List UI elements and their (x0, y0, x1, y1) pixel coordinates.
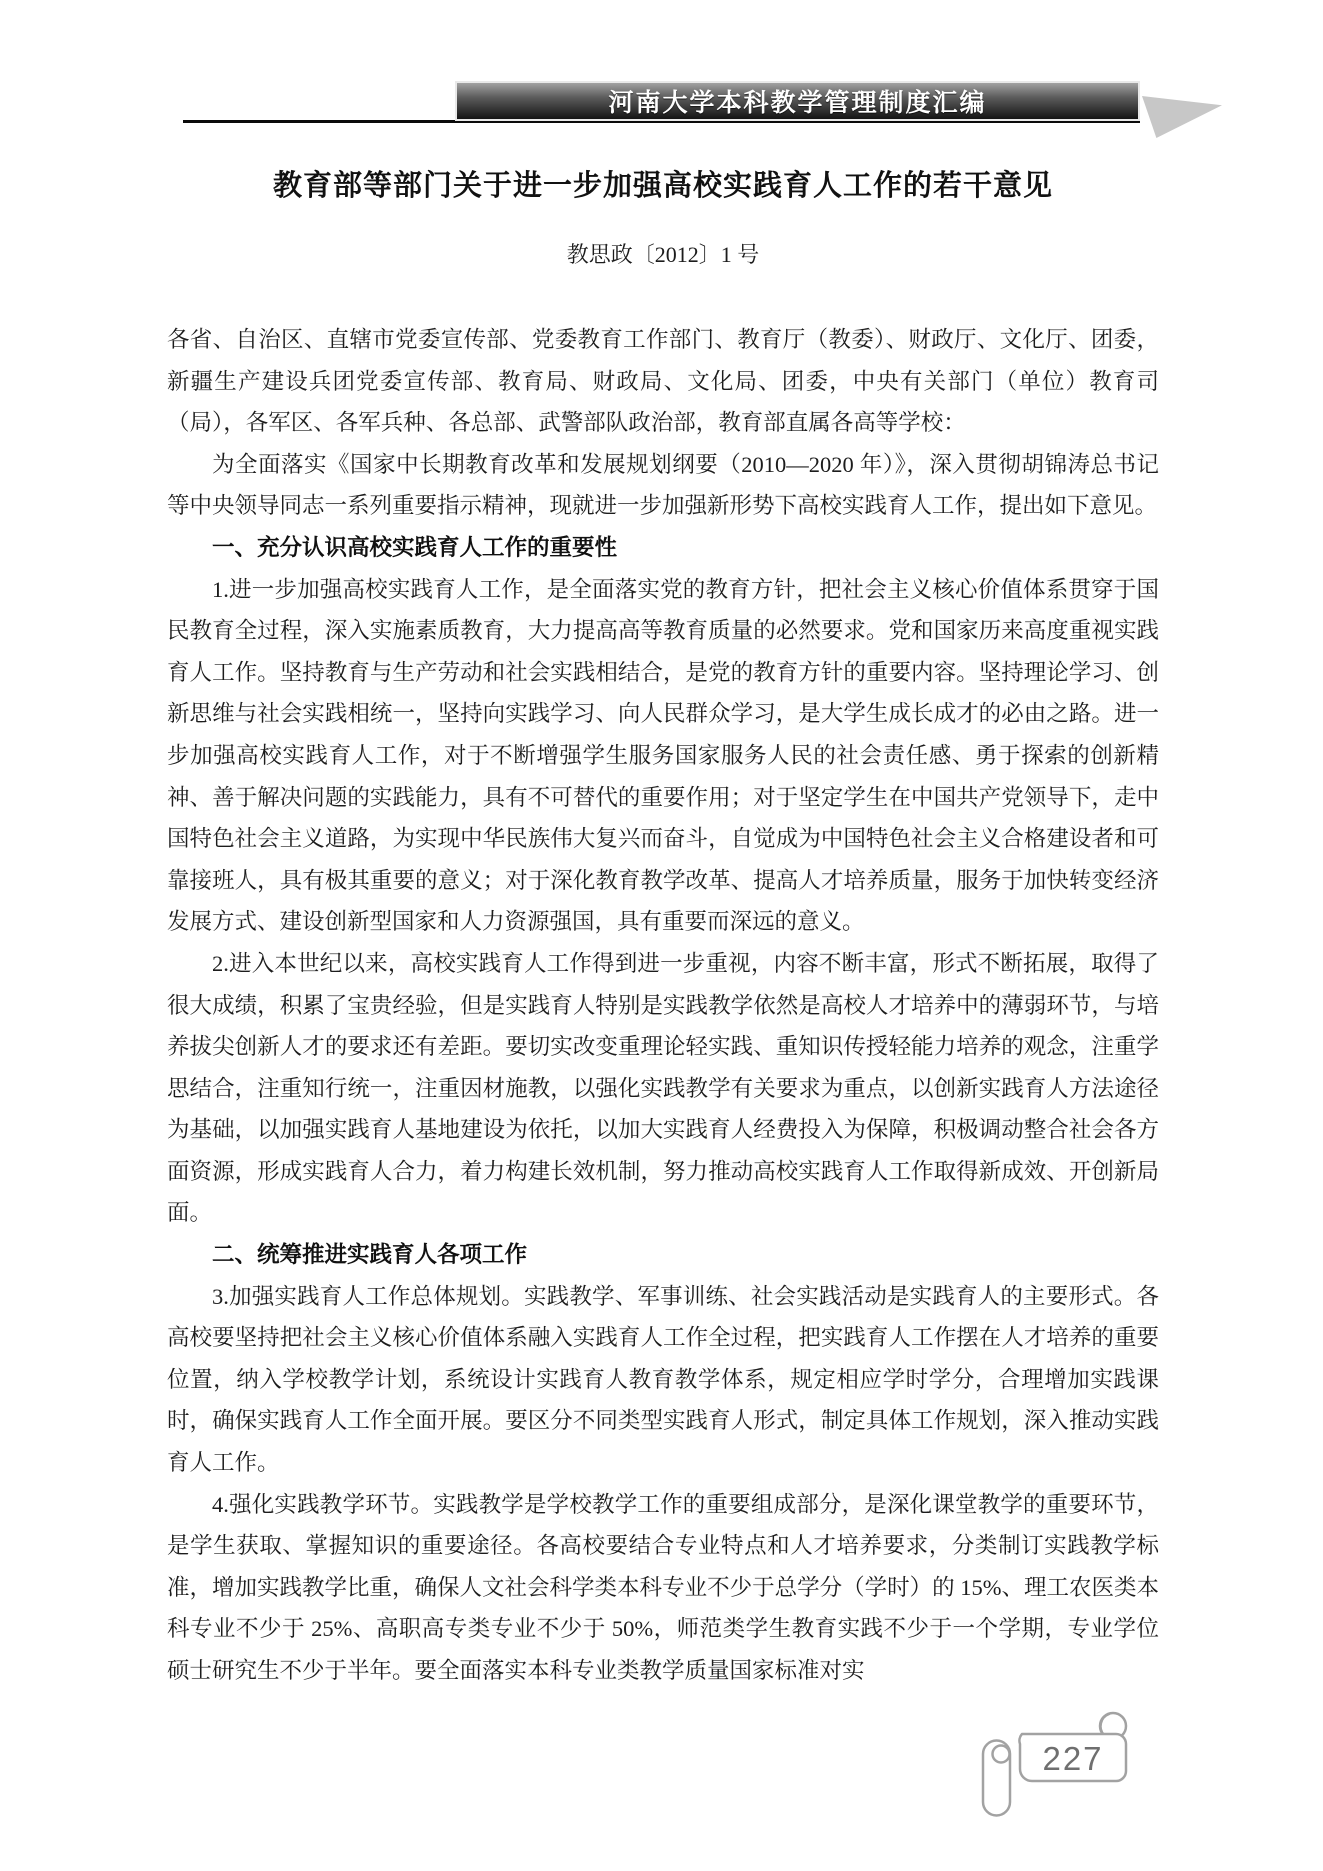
document-content: 教育部等部门关于进一步加强高校实践育人工作的若干意见 教思政〔2012〕1 号 … (167, 163, 1159, 1692)
header-banner: 河南大学本科教学管理制度汇编 (455, 81, 1140, 121)
paragraph-item-3: 3.加强实践育人工作总体规划。实践教学、军事训练、社会实践活动是实践育人的主要形… (167, 1276, 1159, 1484)
document-title: 教育部等部门关于进一步加强高校实践育人工作的若干意见 (167, 163, 1159, 204)
page-number-scroll: 227 (958, 1698, 1178, 1838)
section-heading-2: 二、统筹推进实践育人各项工作 (167, 1234, 1159, 1276)
paragraph-item-2: 2.进入本世纪以来，高校实践育人工作得到进一步重视，内容不断丰富，形式不断拓展，… (167, 943, 1159, 1234)
document-number: 教思政〔2012〕1 号 (167, 238, 1159, 269)
paragraph-item-1: 1.进一步加强高校实践育人工作，是全面落实党的教育方针，把社会主义核心价值体系贯… (167, 569, 1159, 943)
page-number: 227 (1042, 1740, 1103, 1777)
paragraph-salutation: 各省、自治区、直辖市党委宣传部、党委教育工作部门、教育厅（教委）、财政厅、文化厅… (167, 319, 1159, 444)
section-heading-1: 一、充分认识高校实践育人工作的重要性 (167, 527, 1159, 569)
header-arrow-decoration (1142, 96, 1222, 138)
scroll-banner-graphic: 227 (958, 1698, 1178, 1838)
document-body: 各省、自治区、直辖市党委宣传部、党委教育工作部门、教育厅（教委）、财政厅、文化厅… (167, 319, 1159, 1692)
header-banner-text: 河南大学本科教学管理制度汇编 (608, 83, 986, 119)
paragraph-intro: 为全面落实《国家中长期教育改革和发展规划纲要（2010—2020 年）》，深入贯… (167, 444, 1159, 527)
document-page: 河南大学本科教学管理制度汇编 教育部等部门关于进一步加强高校实践育人工作的若干意… (0, 0, 1323, 1871)
paragraph-item-4: 4.强化实践教学环节。实践教学是学校教学工作的重要组成部分，是深化课堂教学的重要… (167, 1484, 1159, 1692)
